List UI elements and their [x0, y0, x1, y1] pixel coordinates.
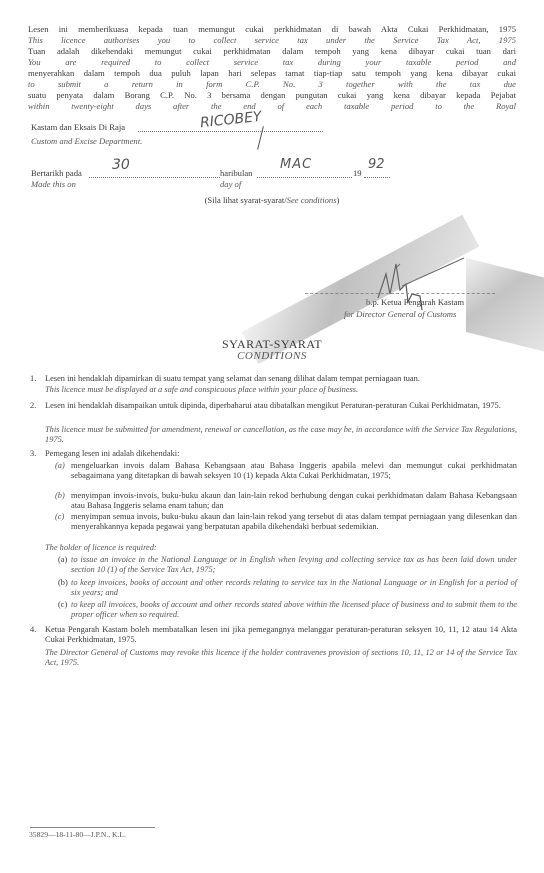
item-text: to keep all invoices, books of account a…: [71, 600, 517, 621]
signature-stroke: [257, 126, 264, 150]
item-text: menyimpan semua invois, buku-buku akaun …: [71, 512, 517, 533]
item-text: to keep invoices, books of account and o…: [71, 578, 517, 599]
handwritten-month[interactable]: MAC: [280, 157, 312, 172]
item-label: (a): [55, 461, 65, 471]
condition-english: The Director General of Customs may revo…: [45, 648, 517, 669]
condition-malay-intro: Pemegang lesen ini adalah dikehendaki:: [45, 449, 179, 459]
condition-number: 2.: [30, 401, 36, 410]
department-dotted-line: [138, 131, 323, 132]
handwritten-year[interactable]: 92: [368, 157, 385, 172]
month-label-english: day of: [220, 179, 241, 189]
item-text: to issue an invoice in the National Lang…: [71, 555, 517, 576]
handwritten-name: RICOBEY: [199, 109, 262, 131]
item-label: (a): [58, 555, 67, 565]
licence-line: suatu penyata dalam Borang C.P. No. 3 be…: [28, 90, 516, 101]
conditions-heading-english: CONDITIONS: [0, 350, 544, 362]
department-malay: Kastam dan Eksais Di Raja: [31, 122, 125, 132]
item-label: (b): [58, 578, 68, 588]
item-text: mengeluarkan invois dalam Bahasa Kebangs…: [71, 461, 517, 482]
item-label: (c): [58, 600, 67, 610]
item-label: (c): [55, 512, 64, 522]
licence-line: You are required to collect service tax …: [28, 57, 516, 68]
condition-malay: Lesen ini hendaklah disampaikan untuk di…: [45, 401, 517, 411]
signatory-english: for Director General of Customs: [344, 309, 456, 319]
item-label: (b): [55, 491, 65, 501]
licence-line: to submit a return in form C.P. No. 3 to…: [28, 79, 516, 90]
condition-malay: Ketua Pengarah Kastam boleh membatalkan …: [45, 625, 517, 646]
condition-english: This licence must be displayed at a safe…: [45, 385, 525, 395]
condition-english: This licence must be submitted for amend…: [45, 425, 517, 446]
department-english: Custom and Excise Department.: [31, 136, 142, 146]
see-conditions-close: ): [337, 195, 340, 205]
year-dotted-line: [364, 177, 390, 178]
month-dotted-line: [257, 177, 352, 178]
date-label-malay: Bertarikh pada: [31, 168, 82, 178]
see-conditions-malay: (Sila lihat syarat-syarat/: [205, 195, 287, 205]
licence-line: within twenty-eight days after the end o…: [28, 101, 516, 112]
date-label-english: Made this on: [31, 179, 76, 189]
print-code: 35829—18-11-80—J.P.N., K.L.: [29, 830, 126, 839]
see-conditions-note: (Sila lihat syarat-syarat/See conditions…: [0, 195, 544, 205]
month-label-malay: haribulan: [220, 168, 252, 178]
condition-number: 4.: [30, 625, 36, 634]
handwritten-day[interactable]: 30: [112, 157, 130, 173]
condition-english-intro: The holder of licence is required:: [45, 543, 157, 553]
licence-line: Lesen ini memberikuasa kepada tuan memun…: [28, 24, 516, 35]
see-conditions-english: See conditions: [287, 195, 337, 205]
year-prefix: 19: [353, 168, 362, 178]
day-dotted-line: [89, 177, 220, 178]
condition-number: 1.: [30, 374, 36, 383]
item-text: menyimpan invois-invois, buku-buku akaun…: [71, 491, 517, 512]
footer-rule: [30, 827, 155, 828]
licence-line: menyerahkan dalam tempoh dua puluh lapan…: [28, 68, 516, 79]
licence-line: Tuan adalah dikehendaki memungut cukai p…: [28, 46, 516, 57]
condition-number: 3.: [30, 449, 36, 458]
condition-malay: Lesen ini hendaklah dipamirkan di suatu …: [45, 374, 525, 384]
licence-line: This licence authorises you to collect s…: [28, 35, 516, 46]
